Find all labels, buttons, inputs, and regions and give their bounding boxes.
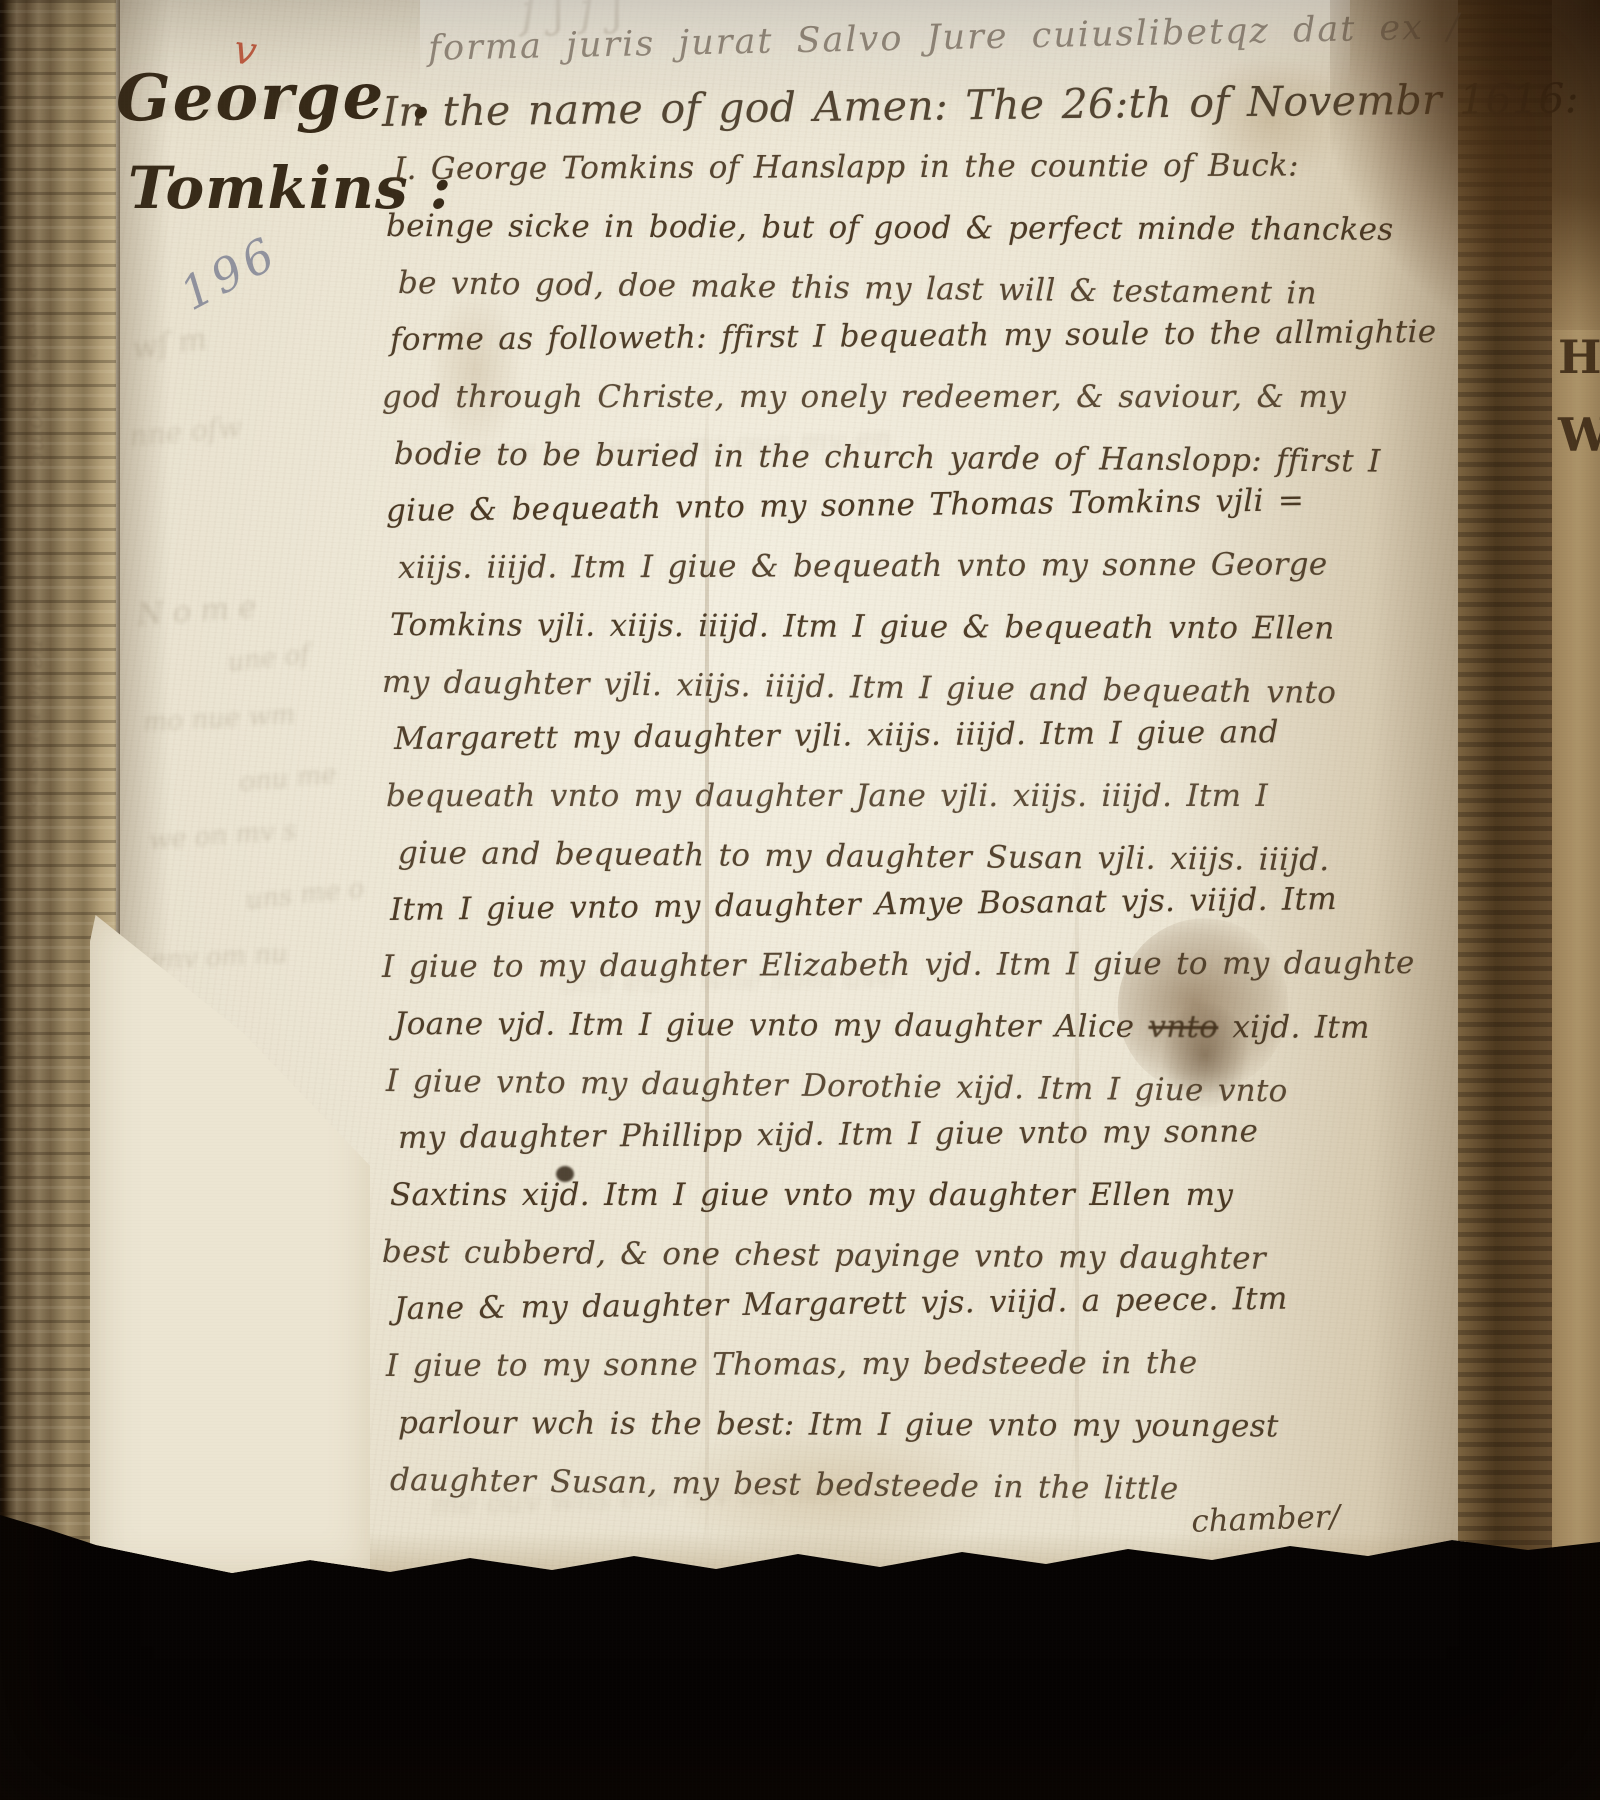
manuscript-line: forme as followeth: ffirst I bequeath my… <box>390 305 1350 369</box>
facing-page-letter: W <box>1558 408 1600 462</box>
ghost-text: om ne vu sm <box>10 1020 43 1175</box>
manuscript-line: bequeath vnto my daughter Jane vjli. xii… <box>386 768 1346 825</box>
manuscript-line: Jane & my daughter Margarett vjs. viijd.… <box>394 1270 1355 1338</box>
manuscript-line: xiijs. iiijd. Itm I giue & bequeath vnto… <box>398 536 1358 597</box>
manuscript-line: Tomkins vjli. xiijs. iiijd. Itm I giue &… <box>390 597 1350 658</box>
manuscript-line: Margarett my daughter vjli. xiijs. iiijd… <box>394 704 1354 768</box>
manuscript-line: I. George Tomkins of Hanslapp in the cou… <box>394 137 1354 198</box>
manuscript-line: my daughter Phillipp xijd. Itm I giue vn… <box>398 1103 1358 1167</box>
manuscript-line: beinge sicke in bodie, but of good & per… <box>386 198 1346 259</box>
manuscript-line: I giue to my sonne Thomas, my bedsteede … <box>386 1334 1346 1395</box>
manuscript-photo: ſ ʃ ſ ʃmv une omwſ mnne oſwN o m eune of… <box>0 0 1600 1800</box>
manuscript-line: Itm I giue vnto my daughter Amye Bosanat… <box>390 871 1351 939</box>
manuscript-line: In the name of god Amen: The 26:th of No… <box>382 73 1343 141</box>
manuscript-line: I giue to my daughter Elizabeth vjd. Itm… <box>382 935 1342 996</box>
manuscript-line: parlour wch is the best: Itm I giue vnto… <box>398 1395 1358 1456</box>
manuscript-line: Saxtins xijd. Itm I giue vnto my daughte… <box>390 1167 1350 1224</box>
manuscript-line: giue & bequeath vnto my sonne Thomas Tom… <box>386 472 1347 540</box>
manuscript-line: Joane vjd. Itm I giue vnto my daughter A… <box>394 996 1354 1057</box>
facing-page-letter: HO <box>1558 330 1600 384</box>
manuscript-lines: In the name of god Amen: The 26:th of No… <box>390 84 1350 1509</box>
struck-word: vnto <box>1148 1009 1218 1045</box>
curled-corner-shadow <box>1330 0 1600 330</box>
catchword: chamber/ <box>1149 1499 1340 1542</box>
book-page-block: ſ ʃ ſ ʃmv une omwſ mnne oſwN o m eune of… <box>0 0 1600 1578</box>
manuscript-line: god through Christe, my onely redeemer, … <box>382 369 1342 426</box>
